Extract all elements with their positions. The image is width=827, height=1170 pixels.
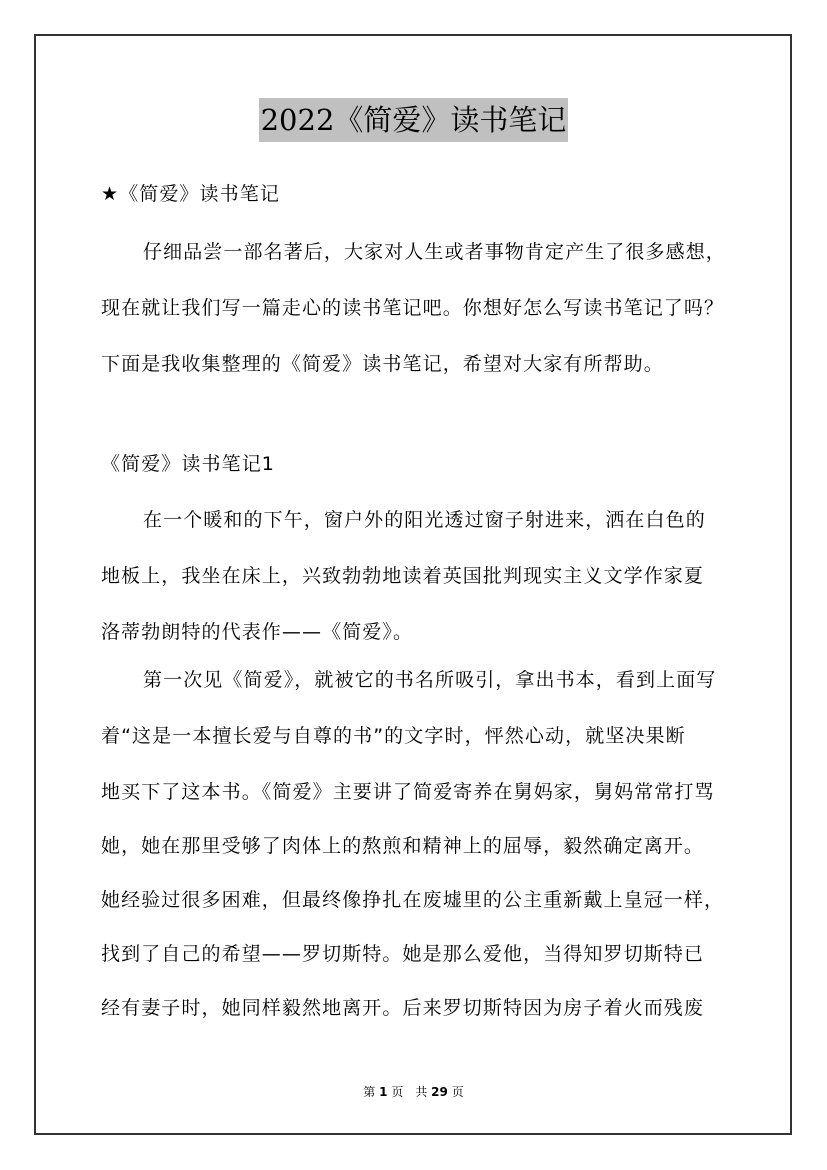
paragraph-line: 经有妻子时，她同样毅然地离开。后来罗切斯特因为房子着火而残废 [101, 996, 704, 1020]
paragraph-line: 洛蒂勃朗特的代表作——《简爱》。 [101, 620, 413, 644]
paragraph-line: 她经验过很多困难，但最终像挣扎在废墟里的公主重新戴上皇冠一样， [101, 888, 724, 912]
page-current: 1 [379, 1085, 387, 1099]
paragraph-line: 第一次见《简爱》，就被它的书名所吸引，拿出书本，看到上面写 [143, 668, 716, 692]
page-prefix: 第 [363, 1085, 375, 1099]
paragraph-line: 地买下了这本书。《简爱》主要讲了简爱寄养在舅妈家，舅妈常常打骂 [101, 780, 715, 804]
document-title: 2022《简爱》读书笔记 [259, 98, 569, 142]
title-container: 2022《简爱》读书笔记 [0, 98, 827, 142]
paragraph-line: 她，她在那里受够了肉体上的熬煎和精神上的屈辱，毅然确定离开。 [101, 834, 704, 858]
intro-line: 现在就让我们写一篇走心的读书笔记吧。你想好怎么写读书笔记了吗？ [101, 296, 724, 320]
paragraph-line: 地板上，我坐在床上，兴致勃勃地读着英国批判现实主义文学作家夏 [101, 564, 704, 588]
paragraph-line: 在一个暖和的下午，窗户外的阳光透过窗子射进来，洒在白色的 [143, 508, 706, 532]
paragraph-line: 着“这是一本擅长爱与自尊的书”的文字时，怦然心动，就坚决果断 [101, 724, 686, 748]
intro-line: 下面是我收集整理的《简爱》读书笔记，希望对大家有所帮助。 [101, 352, 664, 376]
page-total: 29 [431, 1085, 448, 1099]
intro-line: 仔细品尝一部名著后，大家对人生或者事物肯定产生了很多感想， [143, 240, 726, 264]
paragraph-line: 找到了自己的希望——罗切斯特。她是那么爱他，当得知罗切斯特已 [101, 942, 704, 966]
page-suffix: 页 [452, 1085, 464, 1099]
page-footer: 第 1 页 共 29 页 [0, 1083, 827, 1100]
page-mid: 页 共 [391, 1085, 427, 1099]
section-heading: 《简爱》读书笔记1 [101, 452, 275, 476]
subheading: ★《简爱》读书笔记 [101, 182, 280, 206]
